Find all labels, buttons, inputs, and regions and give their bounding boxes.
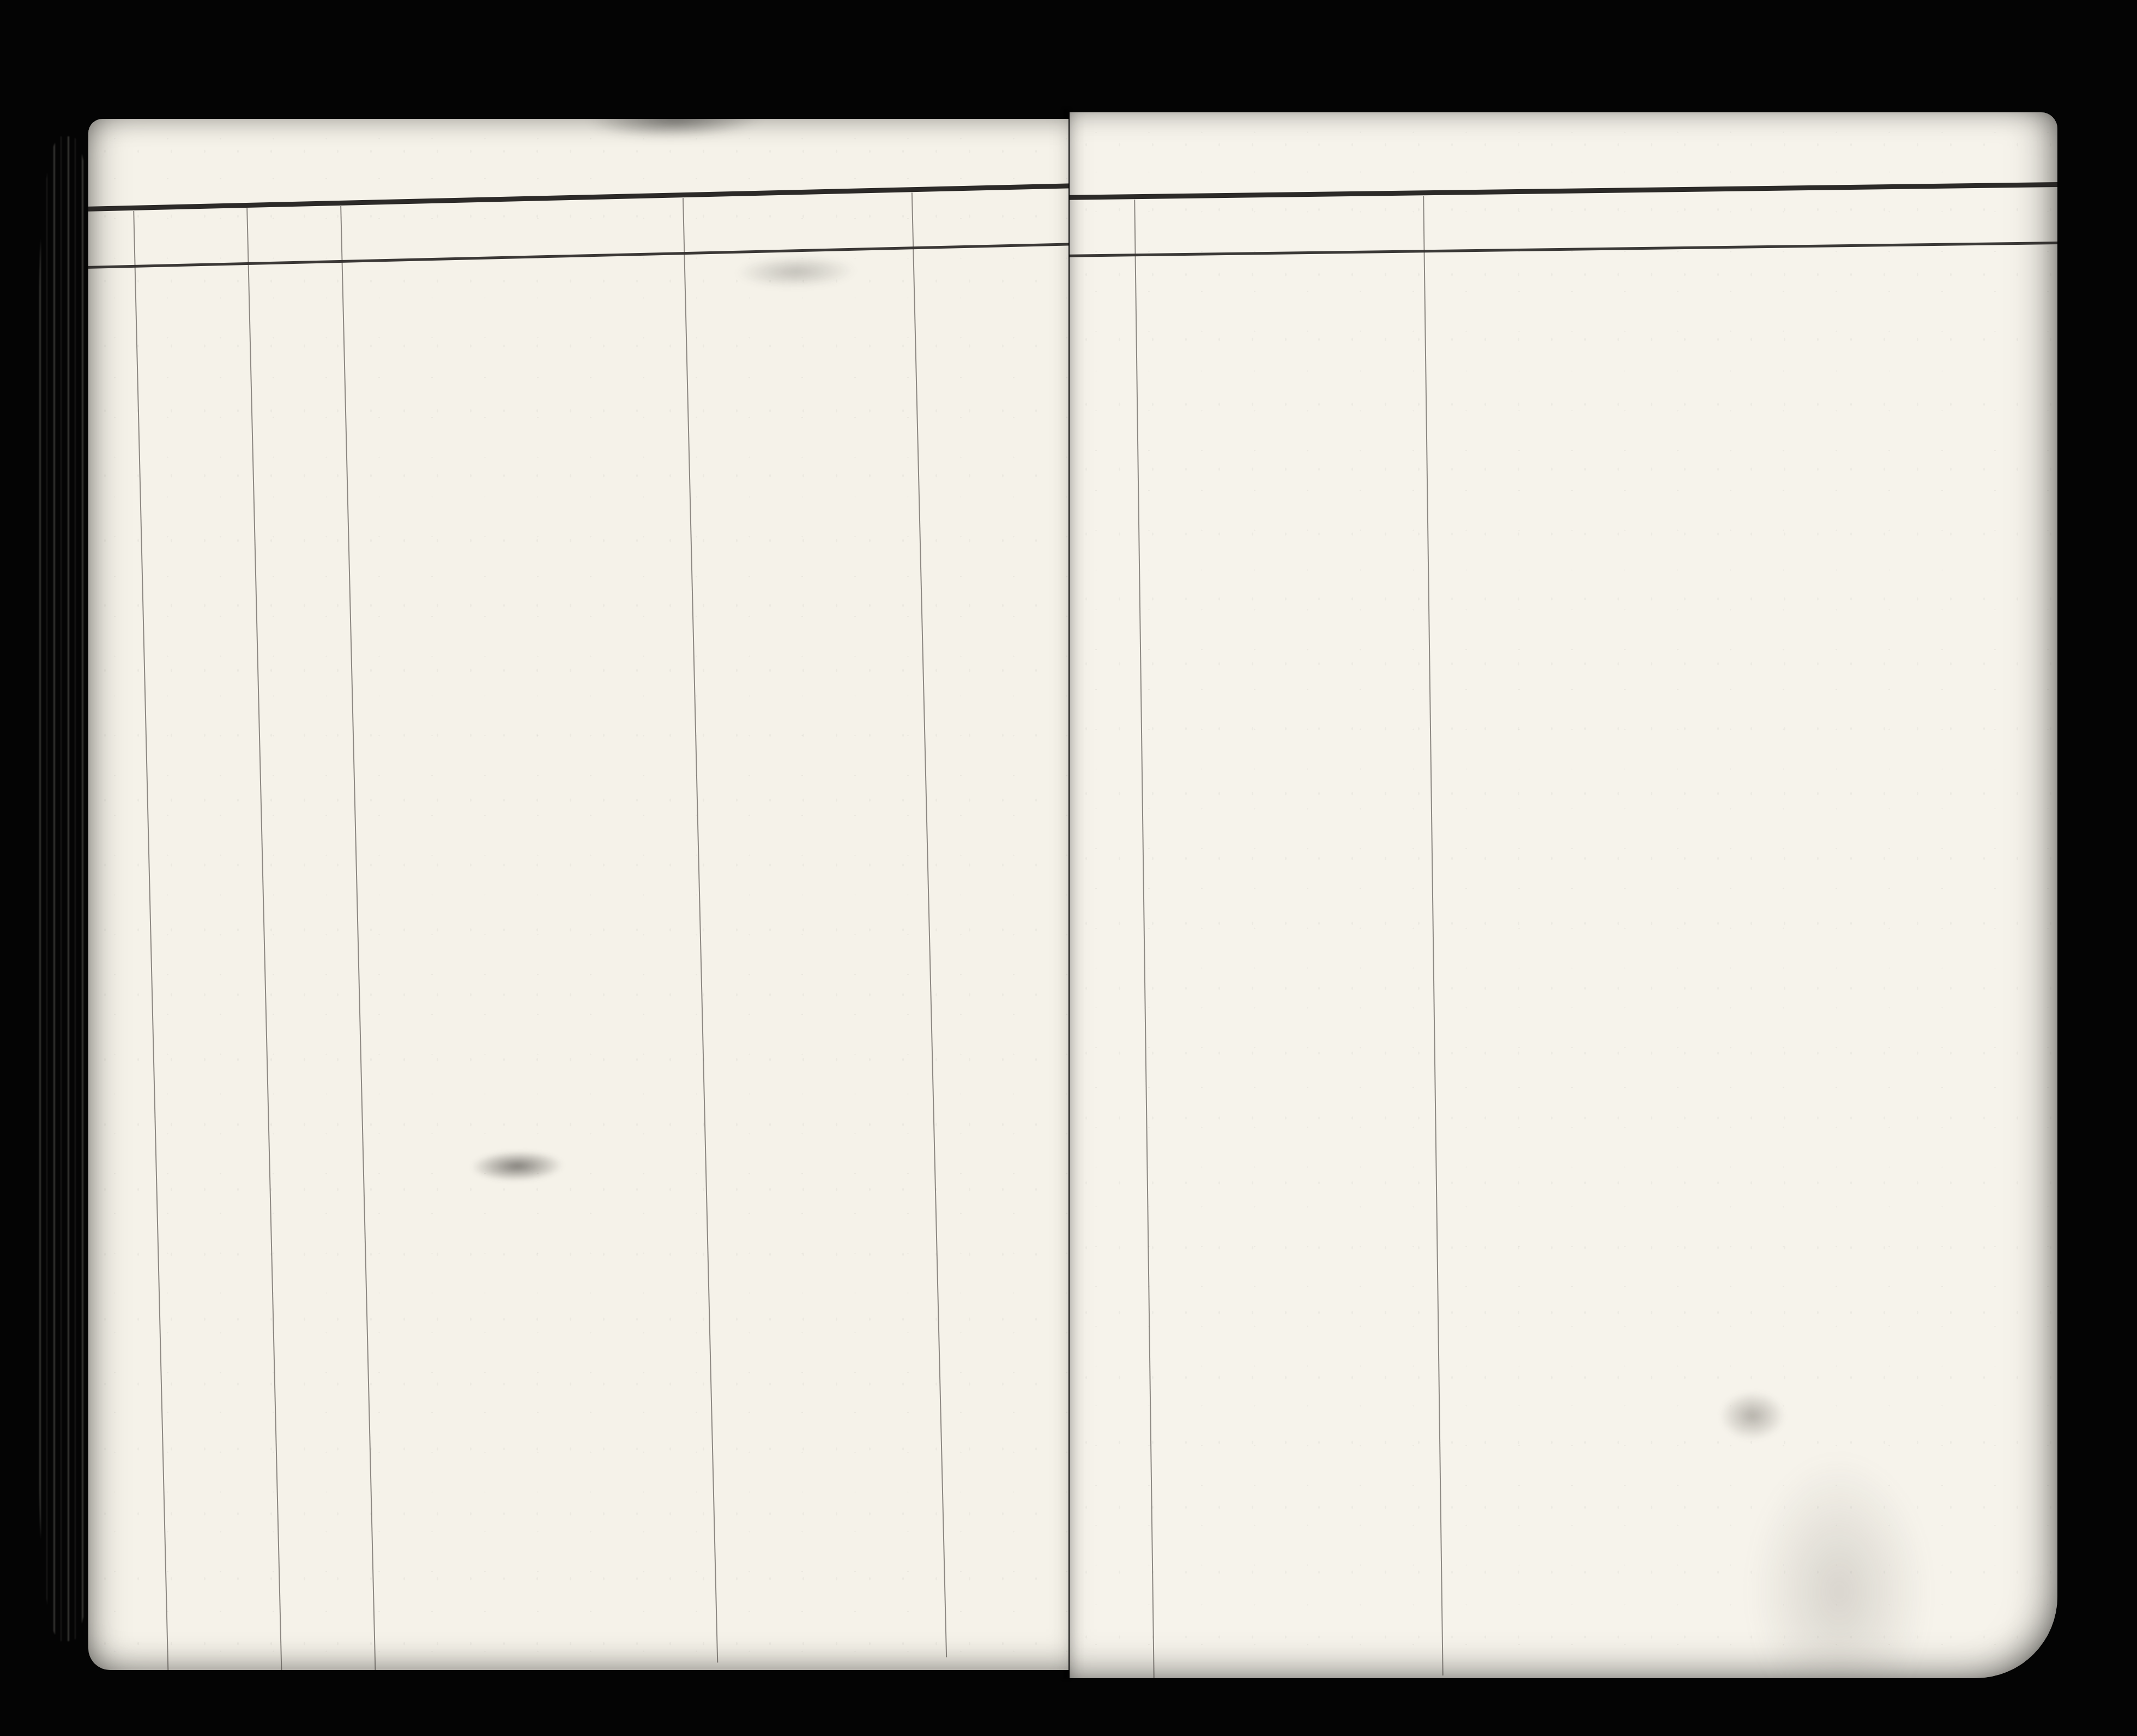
- book-page-edges: [39, 136, 94, 1641]
- ledger-left-page: [88, 119, 1068, 1670]
- ledger-right-page: [1070, 112, 2057, 1678]
- left-sheet: [88, 119, 1068, 1670]
- left-rows: [88, 244, 1068, 1670]
- ledger-scan: { "colors": { "background": "#040404", "…: [0, 0, 2137, 1736]
- right-rows: [1070, 242, 2057, 1678]
- right-sheet: [1070, 112, 2057, 1678]
- ink-smudge: [588, 119, 763, 140]
